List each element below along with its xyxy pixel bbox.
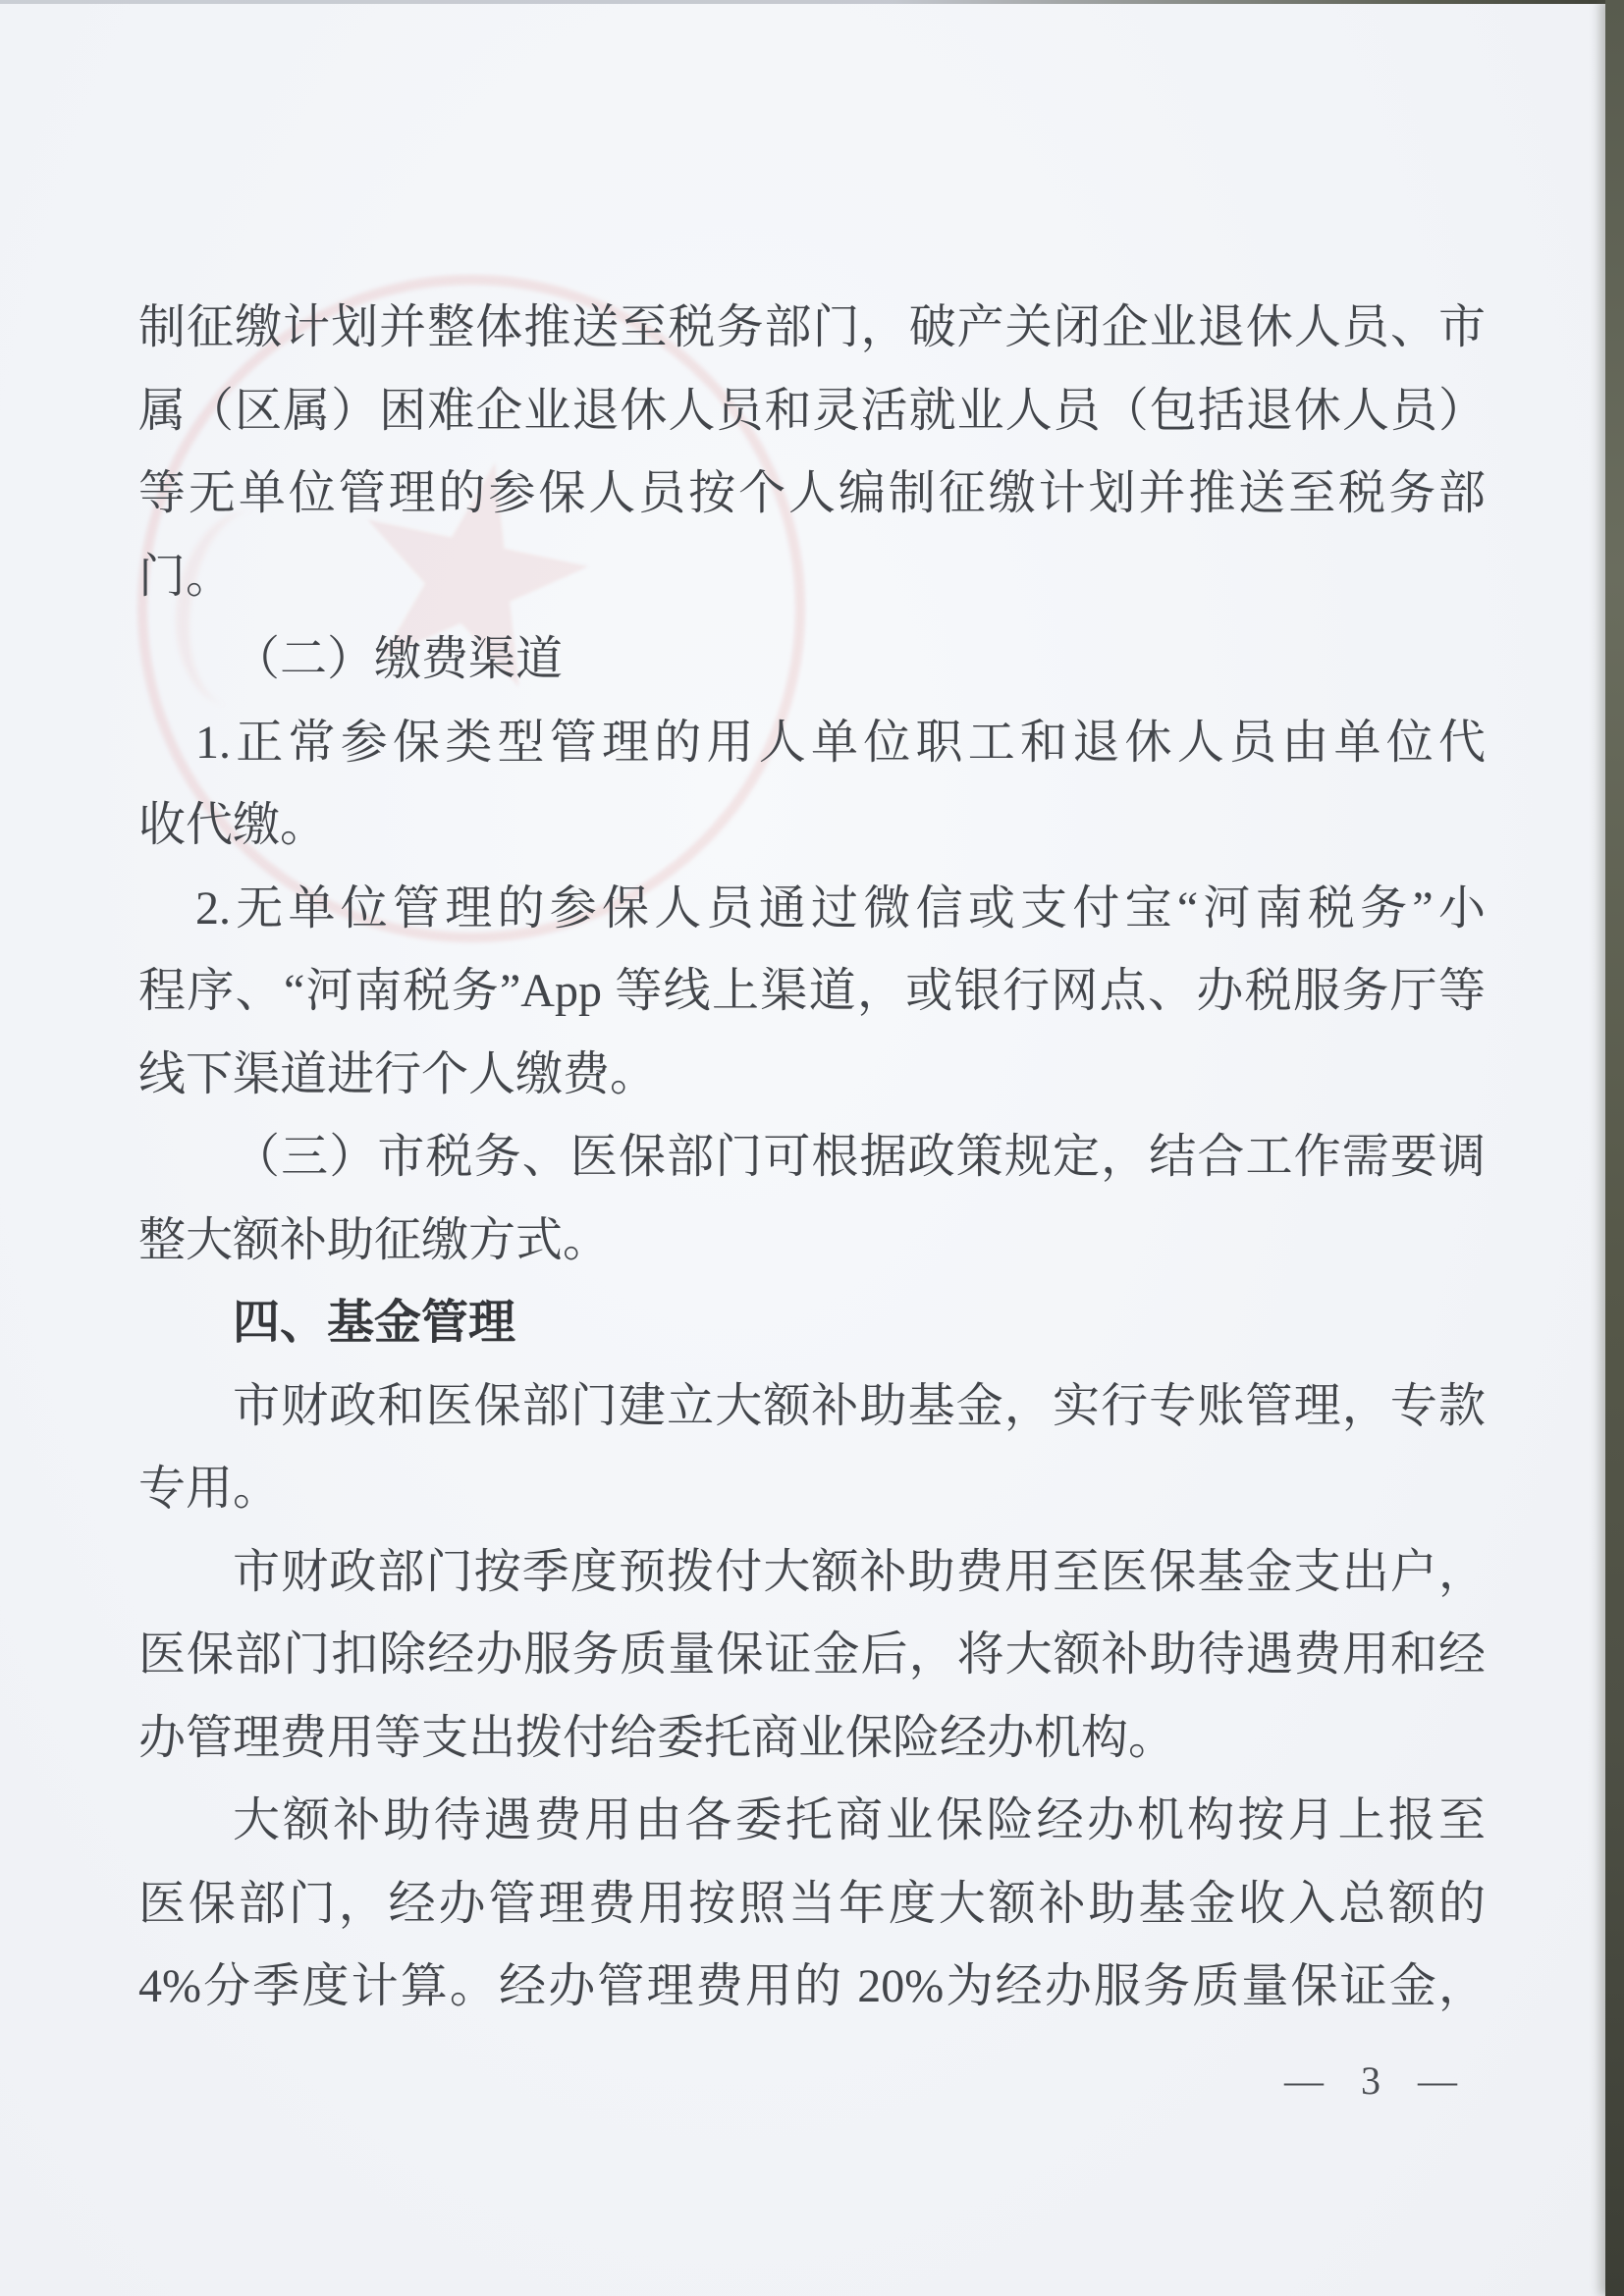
text-line: 医保部门扣除经办服务质量保证金后，将大额补助待遇费用和经: [138, 1614, 1486, 1697]
text-line: 制征缴计划并整体推送至税务部门，破产关闭企业退休人员、市: [138, 287, 1486, 370]
text-line: 大额补助待遇费用由各委托商业保险经办机构按月上报至: [138, 1780, 1486, 1863]
text-line: 办管理费用等支出拨付给委托商业保险经办机构。: [138, 1697, 1486, 1781]
text-line: 专用。: [138, 1448, 1486, 1531]
text-line: 程序、“河南税务”App 等线上渠道，或银行网点、办税服务厅等: [138, 950, 1486, 1034]
text-line: 等无单位管理的参保人员按个人编制征缴计划并推送至税务部: [138, 453, 1486, 536]
text-line: 市财政部门按季度预拨付大额补助费用至医保基金支出户，: [138, 1531, 1486, 1615]
page-number: — 3 —: [1284, 2057, 1471, 2104]
text-line: 1.正常参保类型管理的用人单位职工和退休人员由单位代: [138, 702, 1486, 785]
text-line: 整大额补助征缴方式。: [138, 1200, 1486, 1283]
scan-edge-top: [0, 0, 1624, 4]
section-heading: （二）缴费渠道: [138, 618, 1486, 702]
text-line: 收代缴。: [138, 784, 1486, 868]
text-line: 市财政和医保部门建立大额补助基金，实行专账管理，专款: [138, 1365, 1486, 1449]
chapter-heading: 四、基金管理: [138, 1282, 1486, 1365]
text-line: （三）市税务、医保部门可根据政策规定，结合工作需要调: [138, 1116, 1486, 1200]
document-body-text: 制征缴计划并整体推送至税务部门，破产关闭企业退休人员、市 属（区属）困难企业退休…: [138, 287, 1486, 2029]
text-line: 属（区属）困难企业退休人员和灵活就业人员（包括退休人员）: [138, 370, 1486, 454]
text-line: 医保部门，经办管理费用按照当年度大额补助基金收入总额的: [138, 1863, 1486, 1947]
text-line: 门。: [138, 536, 1486, 619]
scan-edge-right: [1605, 0, 1624, 2296]
text-line: 4%分季度计算。经办管理费用的 20%为经办服务质量保证金，: [138, 1946, 1486, 2029]
text-line: 2.无单位管理的参保人员通过微信或支付宝“河南税务”小: [138, 868, 1486, 951]
text-line: 线下渠道进行个人缴费。: [138, 1034, 1486, 1117]
